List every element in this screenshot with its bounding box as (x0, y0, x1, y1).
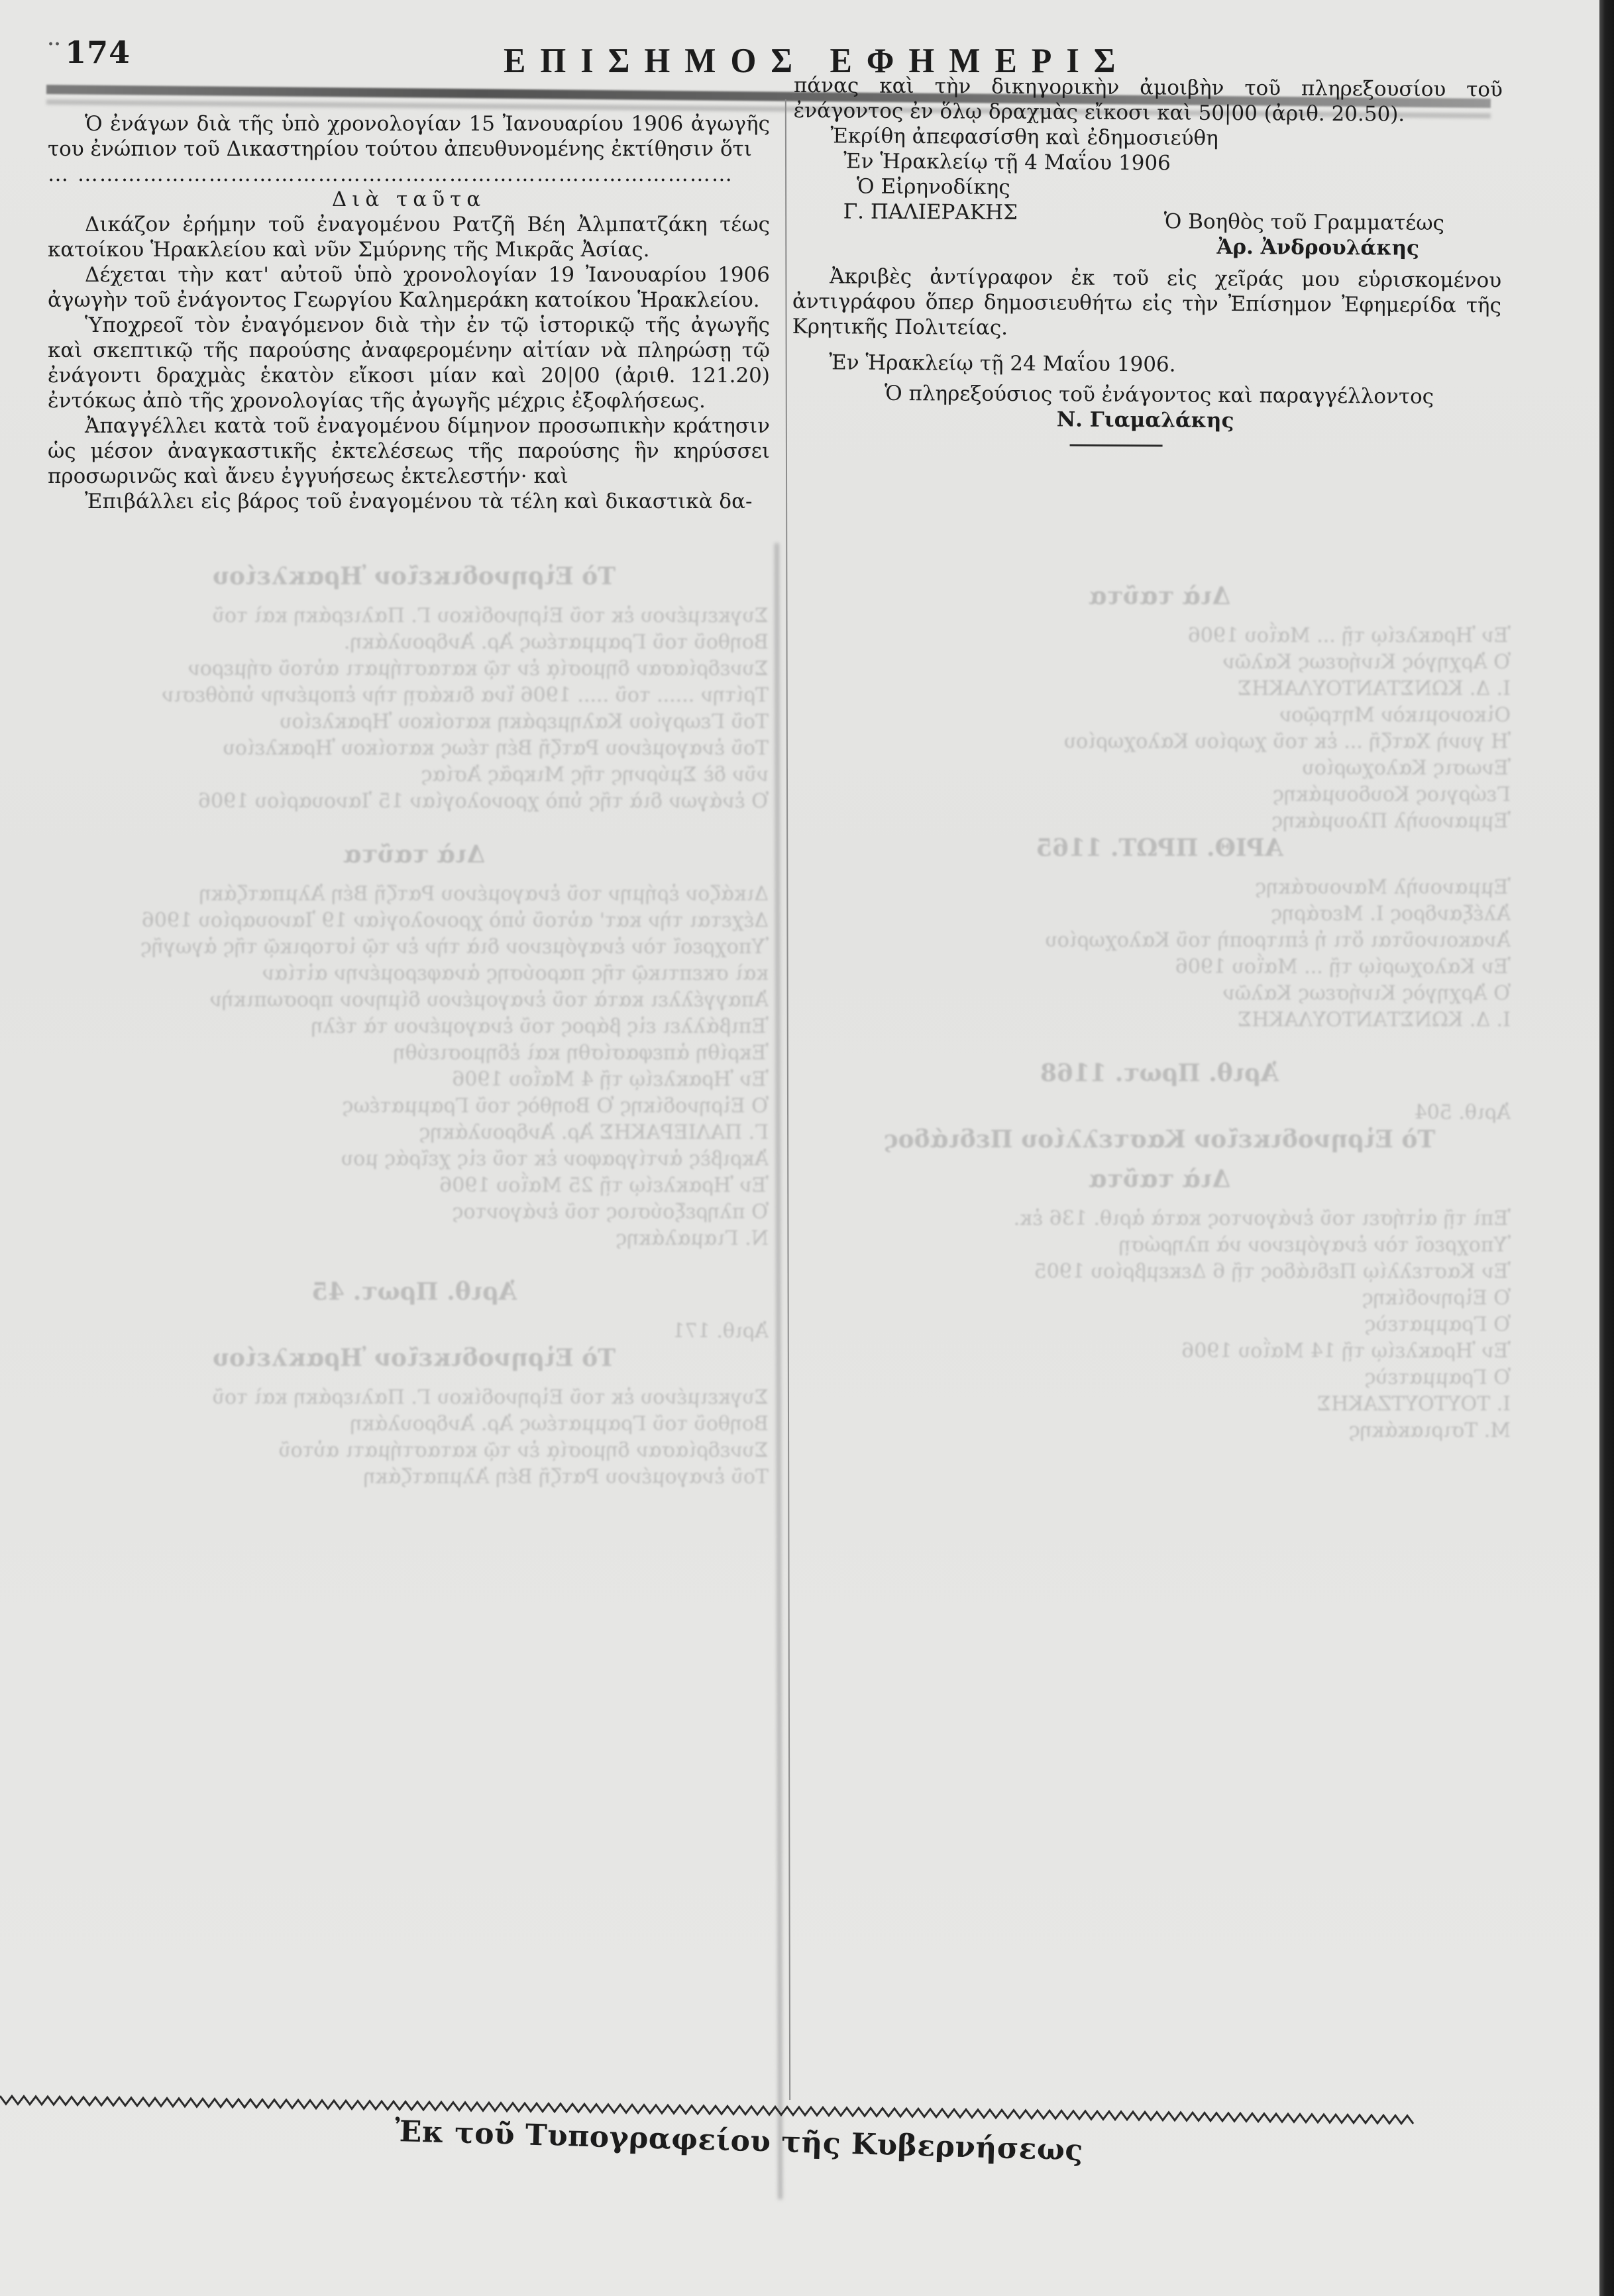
bleed-line: Ι. Δ. ΚΩΝΣΤΑΝΤΟΥΛΑΚΗΣ (808, 676, 1511, 702)
paragraph-obliges: Ὑποχρεοῖ τὸν ἐναγόμενον διὰ τὴν ἐν τῷ ἱσ… (48, 313, 770, 413)
place-date-1: Ἐν Ἡρακλείῳ τῇ 4 Μαΐου 1906 (793, 148, 1502, 178)
bleed-line: Ἐν Καστελλίῳ Πεδιάδος τῇ 6 Δεκεμβρίου 19… (808, 1259, 1511, 1285)
bleed-line: Ι. Δ. ΚΩΝΣΤΑΝΤΟΥΛΑΚΗΣ (808, 1007, 1511, 1033)
bleed-line: Γεώργιος Κουδουμάκης (808, 782, 1511, 808)
column-rule (785, 99, 790, 2100)
place-date-2: Ἐν Ἡρακλείῳ τῇ 24 Μαΐου 1906. (792, 350, 1501, 380)
bleed-line: νῦν δὲ Σμύρνης τῆς Μικρᾶς Ἀσίας (60, 762, 769, 788)
bleed-through-left: Τὸ Εἰρηνοδικεῖον ἩρακλείουΣυγκειμένου ἐκ… (60, 563, 769, 2087)
bleed-line: Ὁ Εἰρηνοδίκης (808, 1285, 1511, 1312)
section-heading: Διὰ ταῦτα (48, 187, 770, 212)
bleed-line: Οἰκονομικὸν Μητρῷον (808, 702, 1511, 729)
left-column: Ὁ ἐνάγων διὰ τῆς ὑπὸ χρονολογίαν 15 Ἰανο… (48, 111, 770, 514)
bleed-line: Δικάζον ἐρήμην τοῦ ἐναγομένου Ρατζῆ Βέη … (60, 881, 769, 908)
bleed-line: Δέχεται τὴν κατ' αὐτοῦ ὑπὸ χρονολογίαν 1… (60, 908, 769, 934)
bleed-line: Ἑνωσις Καλοχωρίου (808, 755, 1511, 782)
bleed-line: Μ. Τσιριακάκης (808, 1418, 1511, 1444)
closing-rule (1070, 444, 1163, 447)
bleed-line: Διὰ ταῦτα (808, 583, 1511, 623)
bleed-line: Ἀριθ. 171 (60, 1318, 769, 1345)
bleed-line: Ι. ΤΟΥΤΟΥΤΖΑΚΗΣ (808, 1391, 1511, 1418)
bleed-line: Συνεδρίασαν δημοσίᾳ ἐν τῷ καταστήματι αὐ… (60, 1437, 769, 1464)
bleed-line: Ὁ ἐνάγων διὰ τῆς ὑπὸ χρονολογίαν 15 Ἰανο… (60, 788, 769, 815)
bleed-line: Ἀνακοινοῦται ὅτι ἡ ἐπιτροπὴ τοῦ Καλοχωρί… (808, 927, 1511, 954)
bleed-line: Συνεδρίασαν δημοσίᾳ ἐν τῷ καταστήματι αὐ… (60, 656, 769, 682)
bleed-line: Ὁ Ἀρχηγὸς Κινήσεως Καλῶν (808, 980, 1511, 1007)
bleed-line: Ἐμμανουὴλ Πλουμάκης (808, 808, 1511, 835)
bleed-line (60, 1252, 769, 1278)
bleed-line: Ἀριθ. 504 (808, 1100, 1511, 1126)
bleed-line: Ἐν Καλοχωρίῳ τῇ ... Μαΐου 1906 (808, 954, 1511, 980)
bleed-line: Ὁ Ἀρχηγὸς Κινήσεως Καλῶν (808, 649, 1511, 676)
certification-paragraph: Ἀκριβὲς ἀντίγραφον ἐκ τοῦ εἰς χεῖράς μου… (792, 264, 1502, 344)
bleed-line: Τὸ Εἰρηνοδικεῖον Ἡρακλείου (60, 563, 769, 603)
bleed-line: Ἀπαγγέλλει κατὰ τοῦ ἐναγομένου δίμηνον π… (60, 987, 769, 1014)
bleed-line: Ἐν Ἡρακλείῳ τῇ 14 Μαΐου 1906 (808, 1338, 1511, 1365)
page-mark: ·· (48, 34, 61, 54)
bleed-line: Συγκειμένου ἐκ τοῦ Εἰρηνοδίκου Γ. Παλιερ… (60, 603, 769, 629)
signature-row: Γ. ΠΑΛΙΕΡΑΚΗΣ Ὁ Βοηθὸς τοῦ Γραμματέως (793, 199, 1502, 229)
bleed-line: Βοηθοῦ τοῦ Γραμματέως Ἀρ. Ἀνδρουλάκη. (60, 629, 769, 656)
paragraph-costs: Ἐπιβάλλει εἰς βάρος τοῦ ἐναγομένου τὰ τέ… (48, 489, 770, 514)
bleed-line: Ἐν Ἡρακλείῳ τῇ 4 Μαΐου 1906 (60, 1067, 769, 1093)
bleed-line: Γ. ΠΑΛΙΕΡΑΚΗΣ Ἀρ. Ἀνδρουλάκης (60, 1120, 769, 1146)
scan-edge (1599, 0, 1614, 2296)
bleed-line: Ὑποχρεοῖ τὸν ἐναγόμενον διὰ τὴν ἐν τῷ ἱσ… (60, 934, 769, 961)
bleed-line: καὶ σκεπτικῷ τῆς παρούσης ἀναφερομένην α… (60, 961, 769, 987)
page-number: ··174 (48, 34, 131, 70)
bleed-line: Ὁ Γραμματεὺς (808, 1365, 1511, 1391)
judged-line: Ἐκρίθη ἀπεφασίσθη καὶ ἐδημοσιεύθη (793, 123, 1502, 153)
bleed-line: Τοῦ ἐναγομένου Ρατζῆ Βέη Ἀλμπατζάκη (60, 1464, 769, 1490)
page-number-value: 174 (65, 34, 131, 70)
bleed-line: Συγκειμένου ἐκ τοῦ Εἰρηνοδίκου Γ. Παλιερ… (60, 1384, 769, 1411)
bleed-line: Διὰ ταῦτα (60, 841, 769, 881)
bleed-line: Ἐν Ἡρακλείῳ τῇ 25 Μαΐου 1906 (60, 1173, 769, 1199)
bleed-line: Ἡ γυνὴ Χατζῆ ... ἐκ τοῦ χωρίου Καλοχωρίο… (808, 729, 1511, 755)
bleed-line: Ὁ πληρεξούσιος τοῦ ἐνάγοντος (60, 1199, 769, 1226)
bleed-line: Ἐν Ἡρακλείῳ τῇ ... Μαΐου 1906 (808, 623, 1511, 649)
paragraph-detention: Ἀπαγγέλλει κατὰ τοῦ ἐναγομένου δίμηνον π… (48, 413, 770, 489)
paragraph-judgment: Δικάζον ἐρήμην τοῦ ἐναγομένου Ρατζῆ Βέη … (48, 212, 770, 262)
bleed-line: Τὸ Εἰρηνοδικεῖον Καστελλίου Πεδιάδος (808, 1126, 1511, 1166)
bleed-line: Ὁ Εἰρηνοδίκης Ὁ Βοηθὸς τοῦ Γραμματέως (60, 1093, 769, 1120)
right-column: πάνας καὶ τὴν δικηγορικὴν ἀμοιβὴν τοῦ πλ… (792, 73, 1503, 449)
bleed-line: Διὰ ταῦτα (808, 1166, 1511, 1206)
newspaper-page: ··174 ΕΠΙΣΗΜΟΣ ΕΦΗΜΕΡΙΣ Τὸ Εἰρηνοδικεῖον… (0, 0, 1602, 2296)
paragraph-accepts: Δέχεται τὴν κατ' αὐτοῦ ὑπὸ χρονολογίαν 1… (48, 262, 770, 313)
bleed-line: Ὑποχρεοῖ τὸν ἐναγόμενον νὰ πληρώσῃ (808, 1232, 1511, 1259)
bleed-line: ΑΡΙΘ. ΠΡΩΤ. 1165 (808, 835, 1511, 874)
clerk-title: Ὁ Βοηθὸς τοῦ Γραμματέως (1164, 209, 1445, 236)
bleed-line: Ἀλέξανδρος Ι. Μεσάρης (808, 901, 1511, 927)
column-rule-shadow (775, 543, 782, 2199)
bleed-line: Ἐκρίθη ἀπεφασίσθη καὶ ἐδημοσιεύθη (60, 1040, 769, 1067)
bleed-line: Ἀριθ. Πρωτ. 45 (60, 1278, 769, 1318)
bleed-through-right: Διὰ ταῦταἘν Ἡρακλείῳ τῇ ... Μαΐου 1906Ὁ … (808, 583, 1511, 2107)
bleed-line: Ἐμμανουὴλ Μανουσάκης (808, 874, 1511, 901)
bleed-line: Ἀκριβὲς ἀντίγραφον ἐκ τοῦ εἰς χεῖράς μου (60, 1146, 769, 1173)
bleed-line: Ὁ Γραμματεὺς (808, 1312, 1511, 1338)
bleed-line: Ἐπὶ τῇ αἰτήσει τοῦ ἐνάγοντος κατὰ ἀριθ. … (808, 1206, 1511, 1232)
paragraph-plaintiff-claim: Ὁ ἐνάγων διὰ τῆς ὑπὸ χρονολογίαν 15 Ἰανο… (48, 111, 770, 162)
bleed-line: Ν. Γιαμαλάκης (60, 1226, 769, 1252)
bleed-line: Τοῦ ἐναγομένου Ρατζῆ Βέη τέως κατοίκου Ἡ… (60, 735, 769, 762)
bleed-line (60, 815, 769, 841)
bleed-line (808, 1033, 1511, 1060)
leader-dots: … ……………………………………………………………………………… (48, 162, 770, 187)
bleed-line: Τοῦ Γεωργίου Καλημεράκη κατοίκου Ἡρακλεί… (60, 709, 769, 735)
judge-name: Γ. ΠΑΛΙΕΡΑΚΗΣ (843, 199, 1018, 225)
judge-title: Ὁ Εἰρηνοδίκης (793, 174, 1502, 203)
attorney-title: Ὁ πληρεξούσιος τοῦ ἐνάγοντος καὶ παραγγέ… (792, 380, 1501, 410)
bleed-line: Βοηθοῦ τοῦ Γραμματέως Ἀρ. Ἀνδρουλάκη (60, 1411, 769, 1437)
clerk-name: Ἀρ. Ἀνδρουλάκης (792, 232, 1501, 262)
bleed-line: Τὸ Εἰρηνοδικεῖον Ἡρακλείου (60, 1345, 769, 1384)
attorney-name: Ν. Γιαμαλάκης (792, 405, 1501, 435)
bleed-line: Τρίτην ...... τοῦ ..... 1906 ἵνα δικάσῃ … (60, 682, 769, 709)
bleed-line: Ἀριθ. Πρωτ. 1168 (808, 1060, 1511, 1100)
paragraph-costs-continued: πάνας καὶ τὴν δικηγορικὴν ἀμοιβὴν τοῦ πλ… (794, 73, 1503, 128)
bleed-line: Ἐπιβάλλει εἰς βάρος τοῦ ἐναγομένου τὰ τέ… (60, 1014, 769, 1040)
